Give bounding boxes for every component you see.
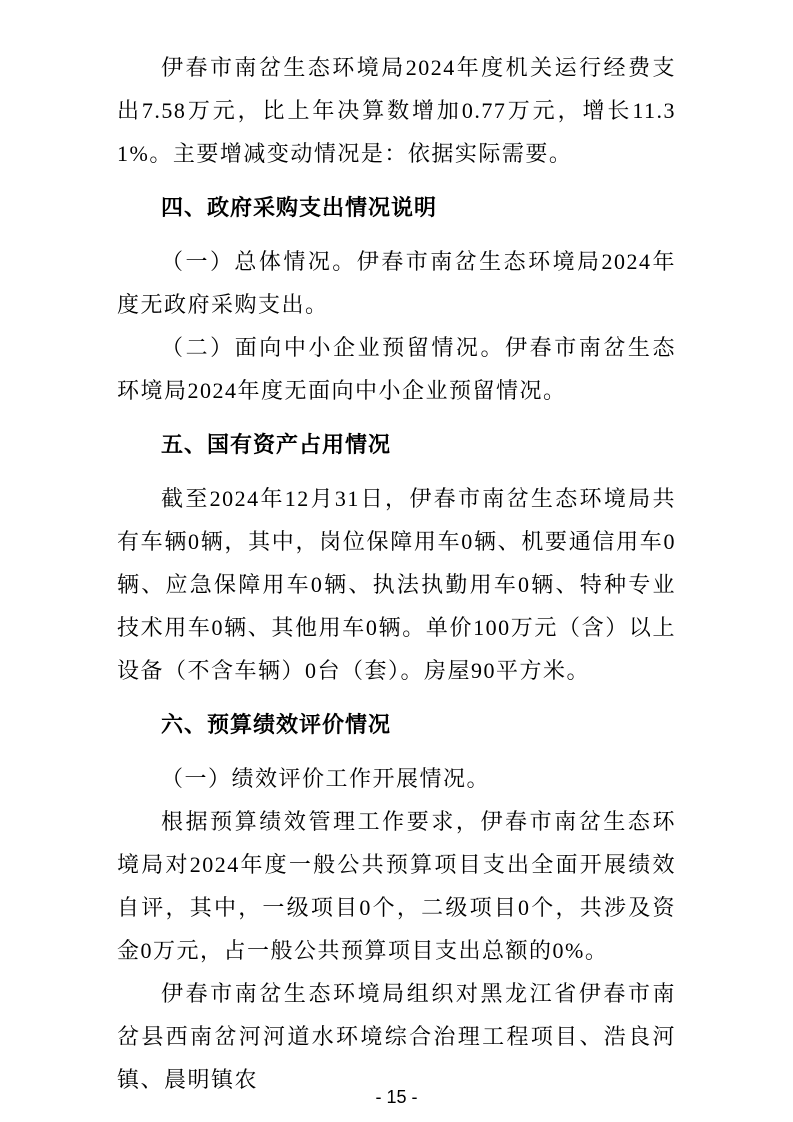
paragraph-admin-operating-expense: 伊春市南岔生态环境局2024年度机关运行经费支出7.58万元，比上年决算数增加0… xyxy=(117,46,676,175)
paragraph-performance-evaluation-title: （一）绩效评价工作开展情况。 xyxy=(117,757,676,800)
paragraph-sme-reserve: （二）面向中小企业预留情况。伊春市南岔生态环境局2024年度无面向中小企业预留情… xyxy=(117,326,676,412)
paragraph-state-assets-detail: 截至2024年12月31日，伊春市南岔生态环境局共有车辆0辆，其中，岗位保障用车… xyxy=(117,477,676,692)
section-heading-budget-performance: 六、预算绩效评价情况 xyxy=(117,703,676,746)
paragraph-project-evaluation-list: 伊春市南岔生态环境局组织对黑龙江省伊春市南岔县西南岔河河道水环境综合治理工程项目… xyxy=(117,972,676,1101)
page-number: - 15 - xyxy=(0,1087,793,1108)
section-heading-state-assets: 五、国有资产占用情况 xyxy=(117,423,676,466)
paragraph-performance-self-evaluation: 根据预算绩效管理工作要求，伊春市南岔生态环境局对2024年度一般公共预算项目支出… xyxy=(117,800,676,972)
section-heading-government-procurement: 四、政府采购支出情况说明 xyxy=(117,186,676,229)
paragraph-procurement-overview: （一）总体情况。伊春市南岔生态环境局2024年度无政府采购支出。 xyxy=(117,240,676,326)
document-body: 伊春市南岔生态环境局2024年度机关运行经费支出7.58万元，比上年决算数增加0… xyxy=(117,46,676,1101)
document-page: 伊春市南岔生态环境局2024年度机关运行经费支出7.58万元，比上年决算数增加0… xyxy=(0,0,793,1122)
